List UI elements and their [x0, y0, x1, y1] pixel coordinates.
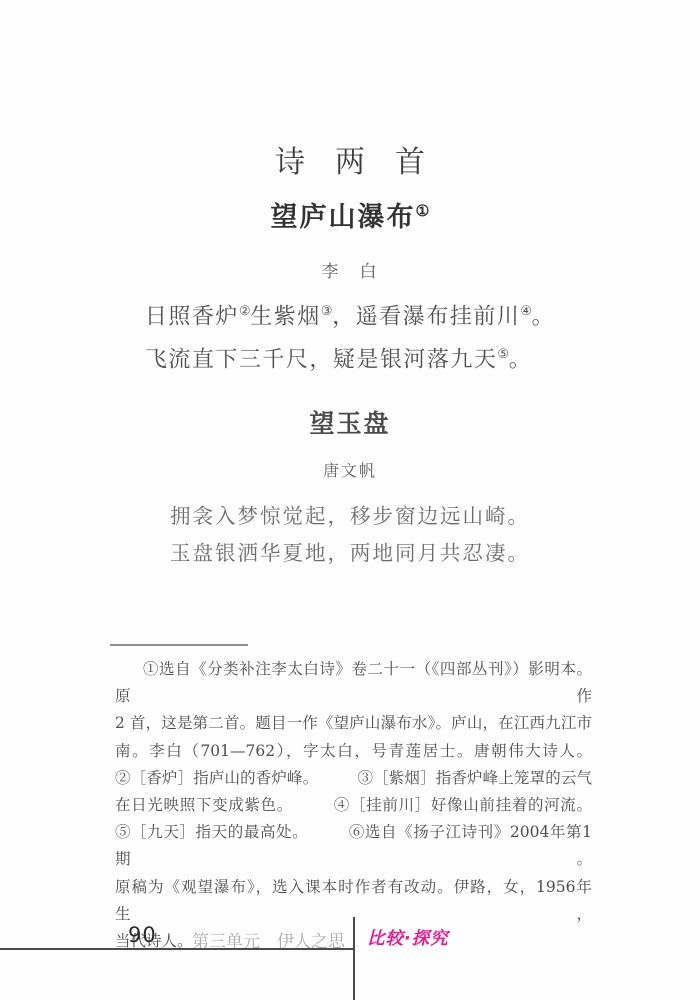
footer-vertical-rule	[353, 917, 355, 1000]
footnotes-block: ①选自《分类补注李太白诗》卷二十一（《四部丛刊》）影明本。原作 2 首，这是第二…	[115, 656, 592, 955]
footnote-divider	[110, 644, 248, 646]
footnote-line: 2 首，这是第二首。题目一作《望庐山瀑布水》。庐山，在江西九江市	[115, 710, 592, 737]
textbook-page: 诗两首 望庐山瀑布① 李 白 日照香炉②生紫烟③，遥看瀑布挂前川④。 飞流直下三…	[0, 0, 700, 1000]
poem1-body: 日照香炉②生紫烟③，遥看瀑布挂前川④。 飞流直下三千尺，疑是银河落九天⑤。	[145, 293, 555, 380]
poem2-line-2: 玉盘银洒华夏地，两地同月共忍凄。	[0, 535, 700, 572]
footer-section-label: 比较·探究	[367, 925, 449, 950]
page-title: 诗两首	[0, 137, 700, 181]
footnote-line: 南。李白（701—762），字太白，号青莲居士。唐朝伟大诗人。	[115, 738, 592, 765]
poem2-author: 唐文帆	[0, 458, 700, 481]
poem1-author: 李 白	[0, 257, 700, 282]
poem1-line-2: 飞流直下三千尺，疑是银河落九天⑤。	[145, 336, 555, 379]
poem2-title: 望玉盘	[0, 404, 700, 440]
poem2-body: 拥衾入梦惊觉起，移步窗边远山崎。 玉盘银洒华夏地，两地同月共忍凄。	[0, 498, 700, 572]
poem2-line-1: 拥衾入梦惊觉起，移步窗边远山崎。	[0, 498, 700, 535]
footer-horizontal-rule	[0, 948, 354, 950]
footnote-line: ⑤［九天］指天的最高处。 ⑥选自《扬子江诗刊》2004年第1期。	[115, 819, 592, 873]
footnote-line: ②［香炉］指庐山的香炉峰。 ③［紫烟］指香炉峰上笼罩的云气	[115, 765, 592, 792]
footnote-line: ①选自《分类补注李太白诗》卷二十一（《四部丛刊》）影明本。原作	[115, 656, 592, 710]
poem1-title: 望庐山瀑布①	[0, 195, 700, 234]
poem1-line-1: 日照香炉②生紫烟③，遥看瀑布挂前川④。	[145, 293, 555, 336]
footnote-line: 在日光映照下变成紫色。 ④［挂前川］好像山前挂着的河流。	[115, 792, 592, 819]
